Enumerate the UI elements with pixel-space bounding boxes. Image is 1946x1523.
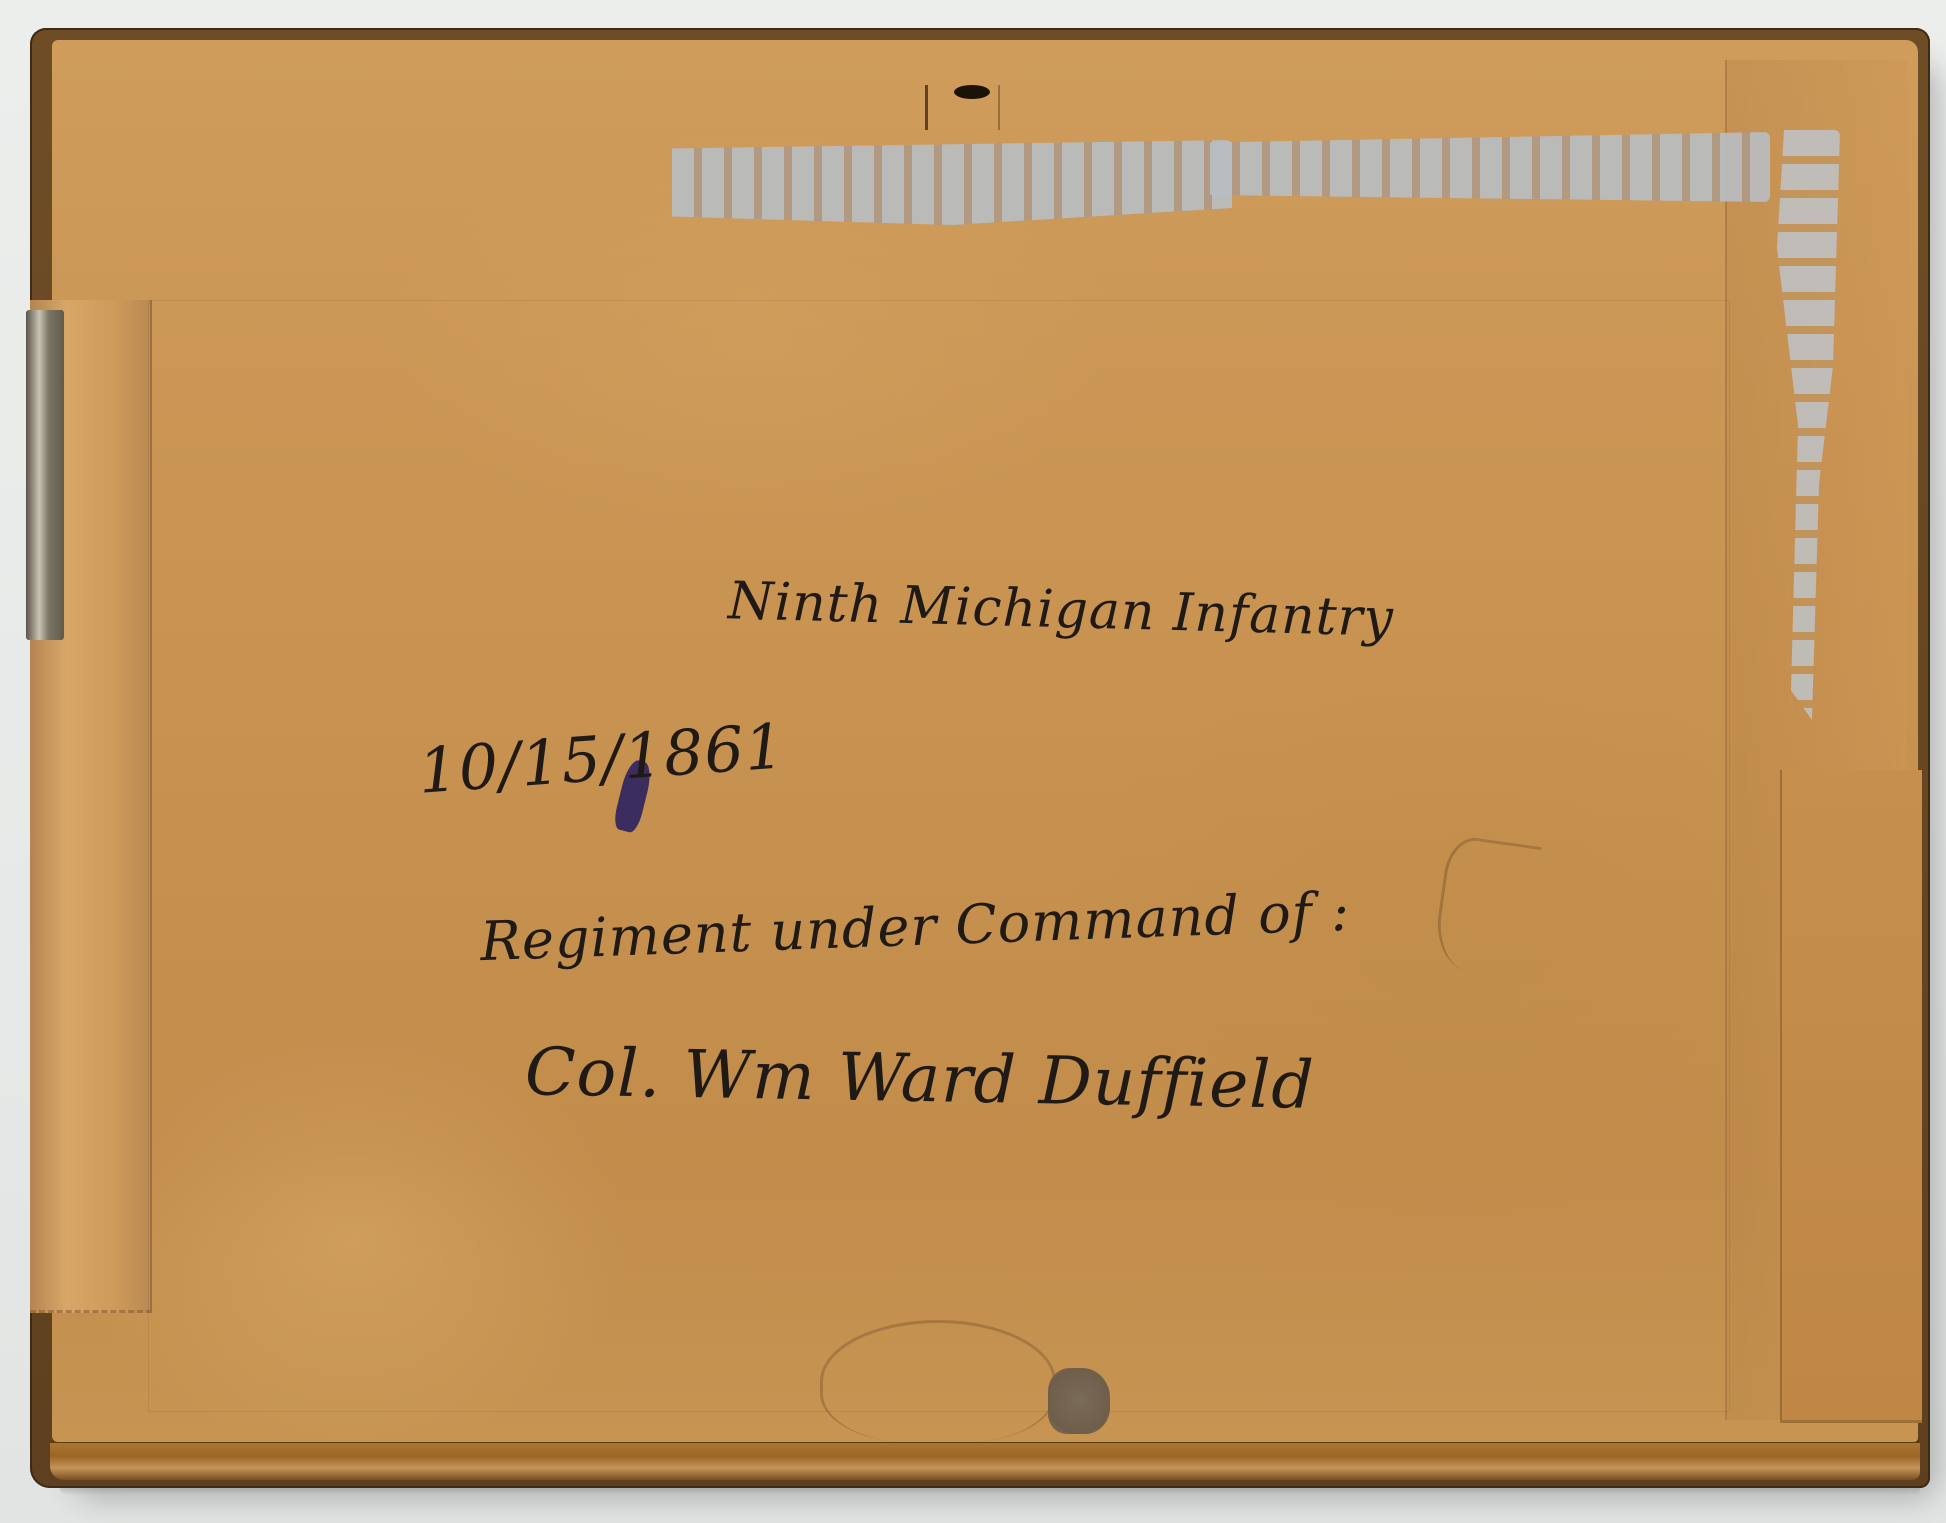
inscription-commander-name: Col. Wm Ward Duffield — [524, 1033, 1315, 1124]
tape-residue-top-left — [672, 140, 1232, 225]
dark-stain-patch — [1048, 1368, 1110, 1434]
hanger-notch — [925, 85, 1000, 130]
frame-bottom-edge — [50, 1440, 1920, 1480]
photo-scene: Ninth Michigan Infantry 10/15/1861 Regim… — [0, 0, 1946, 1523]
tape-strip-right-lower — [1780, 770, 1922, 1423]
water-stain-ring — [820, 1320, 1056, 1443]
tape-residue-top-right — [1210, 132, 1770, 202]
metal-edge-strip — [26, 310, 64, 640]
